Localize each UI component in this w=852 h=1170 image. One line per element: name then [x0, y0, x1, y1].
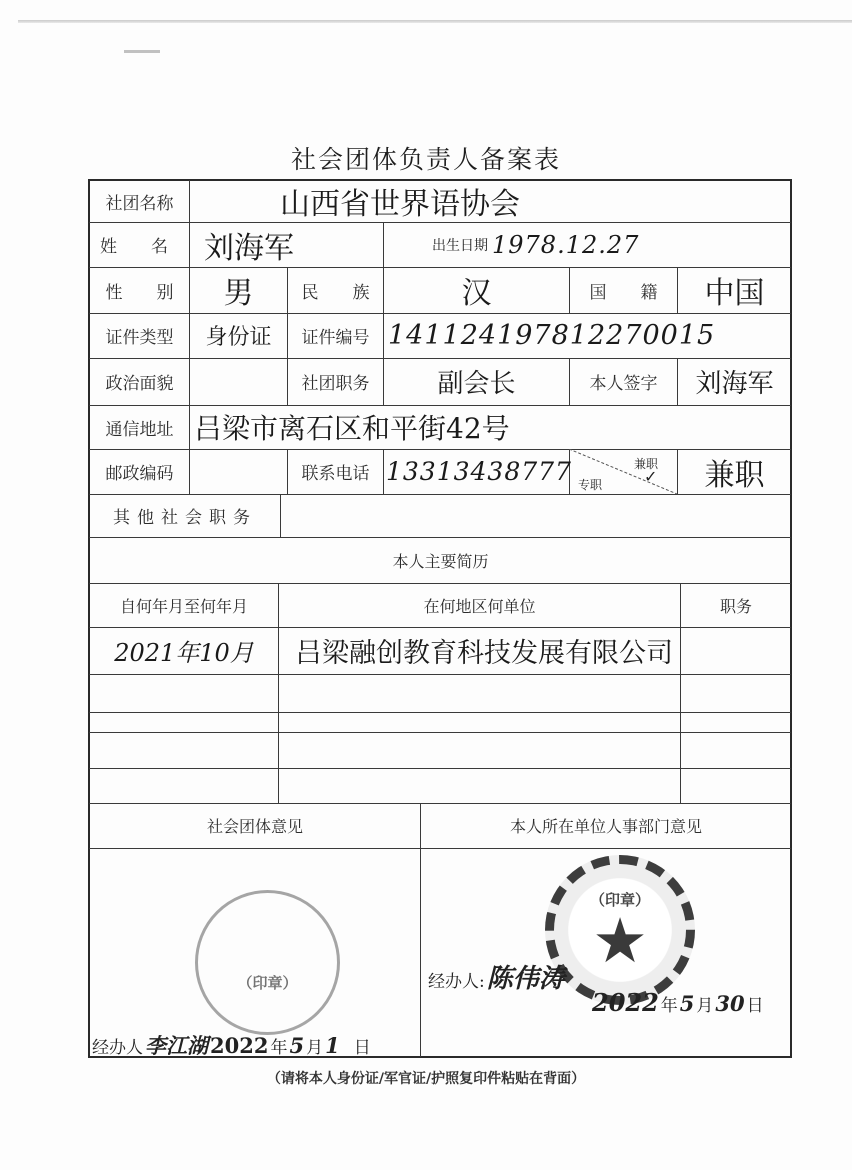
org-position-label: 社团职务 [288, 358, 383, 405]
checkmark-icon[interactable]: ✓ [644, 467, 657, 486]
org-date-day[interactable]: 1 [325, 1033, 340, 1058]
resume-section-title: 本人主要简历 [90, 537, 791, 583]
resume-header-unit: 在何地区何单位 [279, 583, 680, 627]
row-divider [89, 674, 791, 675]
day-unit: 日 [747, 991, 764, 1016]
gender-label: 性 别 [90, 267, 189, 313]
org-name-value[interactable]: 山西省世界语协会 [190, 180, 791, 222]
org-handler-line: 经办人 李江湖 2022 年 5 月 1 日 [92, 1030, 371, 1060]
year-unit: 年 [661, 991, 678, 1016]
birth-date-field: 出生日期 1978.12.27 [384, 222, 791, 267]
employer-date-line: 2022 年 5 月 30 日 [592, 988, 764, 1017]
day-unit: 日 [354, 1033, 371, 1058]
employer-opinion-title: 本人所在单位人事部门意见 [421, 803, 791, 848]
employment-value[interactable]: 兼职 [678, 449, 791, 494]
resume-row-1-period[interactable]: 2021年10月 [90, 627, 278, 674]
name-label: 姓 名 [90, 222, 189, 267]
address-label: 通信地址 [90, 405, 189, 449]
org-handler-name[interactable]: 李江湖 [145, 1030, 208, 1060]
birth-date-value[interactable]: 1978.12.27 [492, 231, 639, 259]
row-divider [89, 768, 791, 769]
row-divider [89, 712, 791, 713]
resume-row-1-unit[interactable]: 吕梁融创教育科技发展有限公司 [279, 627, 769, 674]
name-value[interactable]: 刘海军 [190, 222, 383, 267]
employer-date-month[interactable]: 5 [680, 991, 695, 1016]
star-icon: ★ [592, 910, 648, 972]
fulltime-label: 专职 [578, 476, 602, 493]
employer-handler-line: 经办人: 陈伟涛 [428, 958, 565, 995]
resume-header-position: 职务 [681, 583, 791, 627]
org-name-label: 社团名称 [90, 180, 189, 222]
employer-handler-label: 经办人: [428, 967, 485, 992]
ethnicity-value[interactable]: 汉 [384, 267, 569, 313]
political-status-label: 政治面貌 [90, 358, 189, 405]
employer-date-day[interactable]: 30 [715, 991, 744, 1016]
scan-edge [18, 20, 852, 23]
nationality-value[interactable]: 中国 [678, 267, 791, 313]
resume-header-period: 自何年月至何年月 [90, 583, 278, 627]
org-opinion-title: 社会团体意见 [90, 803, 420, 848]
employer-seal-stamp: （印章） ★ [545, 855, 695, 1005]
employer-date-year[interactable]: 2022 [592, 988, 659, 1017]
nationality-label: 国 籍 [570, 267, 677, 313]
employer-handler-name[interactable]: 陈伟涛 [487, 958, 565, 995]
org-date-year[interactable]: 2022 [210, 1033, 268, 1058]
birth-date-label: 出生日期 [432, 235, 488, 255]
org-position-value[interactable]: 副会长 [384, 358, 569, 405]
address-value[interactable]: 吕梁市离石区和平街42号 [190, 405, 791, 449]
row-divider [89, 848, 791, 849]
month-unit: 月 [306, 1033, 323, 1058]
signature-label: 本人签字 [570, 358, 677, 405]
org-stamp-label: （印章） [237, 972, 297, 993]
scan-mark [124, 50, 160, 53]
phone-label: 联系电话 [288, 449, 383, 494]
id-type-label: 证件类型 [90, 313, 189, 358]
postal-code-label: 邮政编码 [90, 449, 189, 494]
other-positions-value[interactable] [281, 494, 791, 537]
phone-value[interactable]: 13313438777 [384, 449, 569, 494]
footer-note: （请将本人身份证/军官证/护照复印件粘贴在背面） [0, 1068, 852, 1088]
postal-code-value[interactable] [190, 449, 287, 494]
row-divider [89, 732, 791, 733]
month-unit: 月 [696, 991, 713, 1016]
signature-value[interactable]: 刘海军 [678, 358, 791, 405]
org-date-month[interactable]: 5 [289, 1033, 304, 1058]
org-handler-label: 经办人 [92, 1033, 143, 1058]
org-seal-stamp: （印章） [195, 890, 340, 1035]
other-positions-label: 其他社会职务 [90, 494, 280, 537]
ethnicity-label: 民 族 [288, 267, 383, 313]
id-number-value[interactable]: 141124197812270015 [384, 313, 791, 358]
political-status-value[interactable] [190, 358, 287, 405]
id-number-label: 证件编号 [288, 313, 383, 358]
document-title: 社会团体负责人备案表 [0, 140, 852, 176]
id-type-value[interactable]: 身份证 [190, 313, 287, 358]
year-unit: 年 [270, 1033, 287, 1058]
gender-value[interactable]: 男 [190, 267, 287, 313]
